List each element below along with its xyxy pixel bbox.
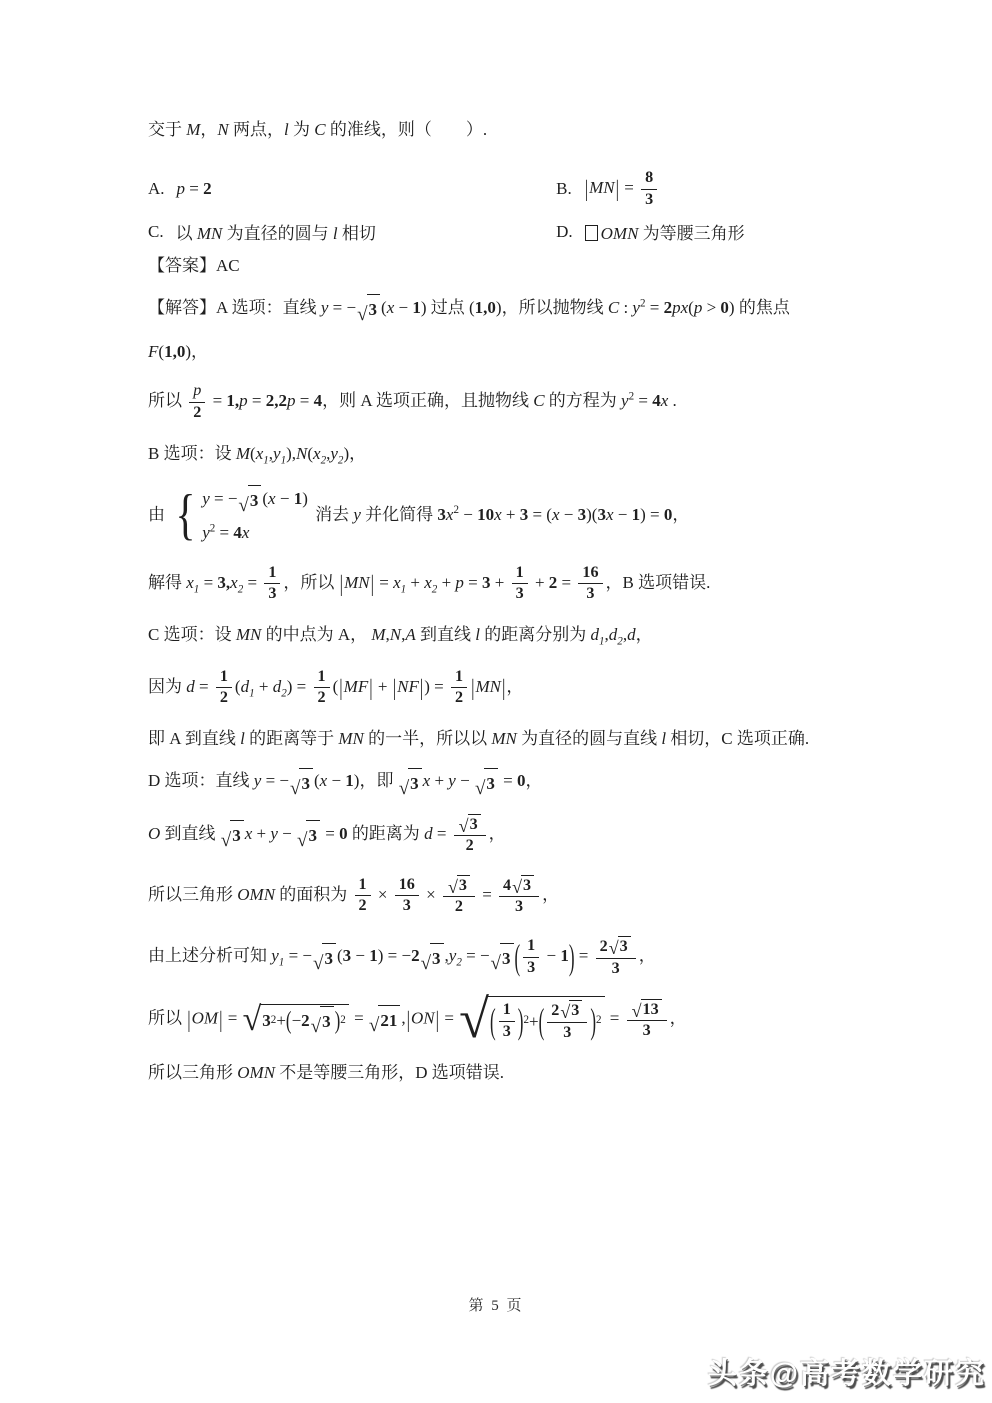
text-run: = — [606, 1009, 624, 1028]
text-run: = − — [284, 946, 312, 965]
text-run: ， — [525, 771, 542, 790]
radicand: 3 — [430, 943, 444, 972]
tall-paren: ) — [335, 1000, 341, 1041]
math-variable: MN — [475, 677, 501, 696]
text-run: = — [195, 677, 213, 696]
text-run: 【解答】A 选项：直线 — [148, 298, 321, 317]
text-run: = — [620, 178, 638, 197]
text-run: + — [406, 572, 424, 591]
text-run: 的距离为 — [348, 824, 425, 843]
fraction: 12 — [355, 876, 371, 916]
fraction: 2√33 — [596, 936, 636, 978]
abs-bar: | — [584, 176, 589, 203]
superscript: 2 — [340, 1012, 346, 1030]
sqrt: √13 — [632, 999, 662, 1020]
document-page: 交于 M，N 两点，l 为 C 的准线，则（ ）. A.p = 2B.|MN| … — [0, 0, 992, 1403]
math-number: 3 — [369, 296, 378, 323]
tall-paren: ) — [518, 993, 524, 1050]
math-variable: x — [424, 572, 432, 591]
solution-line: 由 {y = −√3(x − 1)y2 = 4x 消去 y 并化简得 3x2 −… — [148, 485, 864, 547]
math-number: 4 — [652, 391, 661, 410]
math-number: 3 — [459, 877, 467, 896]
radicand: 3 — [322, 943, 336, 972]
text-run: ， — [636, 625, 653, 644]
text-run: + — [276, 1007, 286, 1034]
text-run: ) = — [424, 677, 448, 696]
fraction-numerator: 2√3 — [596, 936, 636, 959]
text-run: . — [668, 391, 677, 410]
page-number: 第 5 页 — [0, 1294, 992, 1315]
math-variable: C — [314, 120, 325, 139]
math-number: 2 — [664, 298, 673, 317]
fraction-numerator: 16 — [395, 876, 419, 897]
solution-line: 【解答】A 选项：直线 y = −√3(x − 1) 过点 (1,0)，所以抛物… — [148, 294, 864, 324]
option-label: C. — [148, 222, 164, 242]
math-number: 3 — [232, 822, 241, 849]
math-number: 3 — [563, 1024, 571, 1043]
fraction-denominator: 3 — [268, 584, 276, 604]
text-run: 到直线 — [416, 625, 476, 644]
math-number: 3, — [217, 572, 230, 591]
math-variable: MN — [589, 178, 615, 197]
text-run: 到直线 — [160, 824, 220, 843]
math-variable: C — [608, 298, 619, 317]
math-number: 1,0 — [164, 342, 185, 361]
text-run: 所以 — [148, 391, 186, 410]
text-run: ， — [542, 885, 559, 904]
math-variable: ON — [411, 1009, 435, 1028]
fraction: 13 — [523, 937, 539, 977]
text-run: = − — [261, 771, 289, 790]
fraction: 83 — [641, 169, 657, 209]
sqrt: √3 — [459, 814, 481, 835]
math-variable: d — [591, 625, 600, 644]
sqrt: √3 — [421, 943, 444, 972]
abs-bar: | — [615, 176, 620, 203]
watermark: 头条@高考数学研究 — [708, 1351, 986, 1392]
math-number: 2 — [193, 404, 201, 423]
text-run: + — [437, 572, 455, 591]
missing-glyph-box — [585, 225, 598, 241]
solution-line: 所以 p2 = 1,p = 2,2p = 4，则 A 选项正确，且抛物线 C 的… — [148, 380, 864, 424]
math-number: 3 — [520, 504, 529, 523]
fraction-denominator: 3 — [645, 190, 653, 210]
fraction: 163 — [578, 564, 602, 604]
sqrt: √3 — [290, 768, 313, 797]
cases-system: {y = −√3(x − 1)y2 = 4x — [172, 485, 308, 547]
math-number: 3 — [482, 572, 491, 591]
text-run: ， — [672, 504, 689, 523]
abs-bar: | — [370, 565, 375, 602]
question-stem: 交于 M，N 两点，l 为 C 的准线，则（ ）. — [148, 116, 864, 143]
tall-paren: ) — [590, 993, 596, 1050]
abs-bar: | — [186, 1001, 191, 1038]
math-variable: x — [230, 572, 238, 591]
fraction-numerator: 4√3 — [499, 875, 539, 898]
math-variable: OMN — [601, 224, 639, 243]
text-run: − — [560, 504, 578, 523]
radicand: 3 — [230, 820, 244, 849]
solution-line: 所以 |OM| = √32 + (−2√3)2 = √21,|ON| = √(1… — [148, 995, 864, 1044]
text-run: 为 — [289, 120, 315, 139]
text-run: = — [646, 298, 664, 317]
radicand: 32 + (−2√3)2 — [260, 1004, 349, 1035]
math-number: 3 — [502, 945, 511, 972]
math-number: 1, — [226, 391, 239, 410]
math-variable: x — [313, 444, 321, 463]
math-number: 2 — [600, 938, 608, 957]
text-run: 由 — [148, 504, 169, 523]
tall-paren: ( — [286, 1000, 292, 1041]
option-text: 以 MN 为直径的圆与 l 相切 — [176, 219, 376, 244]
text-run: + — [491, 572, 509, 591]
math-number: 16 — [399, 876, 415, 895]
tall-paren: ( — [515, 929, 521, 986]
fraction: 12 — [216, 668, 232, 708]
text-run: 解得 — [148, 572, 186, 591]
text-run: ，所以 — [283, 572, 338, 591]
text-run: 所以 — [148, 1009, 186, 1028]
text-run: 为等腰三角形 — [638, 224, 744, 243]
text-run: ), — [286, 444, 296, 463]
answer-line: 【答案】AC — [148, 252, 864, 279]
text-run: = — [243, 572, 261, 591]
text-run: − — [394, 298, 412, 317]
text-run: 的准线，则（ ）. — [326, 120, 488, 139]
radicand: (13)2 + (2√33)2 — [488, 996, 605, 1044]
radicand: 13 — [641, 999, 662, 1020]
text-run: )，所以抛物线 — [496, 298, 608, 317]
fraction-numerator: 1 — [523, 937, 539, 958]
option-row: A.p = 2B.|MN| = 83 — [148, 167, 864, 211]
sqrt: √3 — [512, 875, 534, 896]
text-run: ，B 选项错误. — [606, 572, 711, 591]
text-run: 不是等腰三角形，D 选项错误. — [275, 1063, 504, 1082]
math-number: 3 — [486, 770, 495, 797]
text-run: 因为 — [148, 677, 186, 696]
math-number: 16 — [582, 564, 598, 583]
sqrt: √3 — [221, 820, 244, 849]
radicand: 3 — [299, 768, 313, 797]
text-run: + — [502, 504, 520, 523]
sqrt: √32 + (−2√3)2 — [243, 1004, 349, 1035]
text-run: = — [575, 946, 593, 965]
text-run: = — [375, 572, 393, 591]
math-number: 1 — [345, 771, 354, 790]
fraction-numerator: 1 — [355, 876, 371, 897]
abs-bar: | — [338, 669, 343, 706]
fraction: 163 — [395, 876, 419, 916]
radicand: 3 — [408, 768, 422, 797]
text-run: = — [215, 523, 233, 542]
math-number: 2,2 — [266, 391, 287, 410]
text-run: 的一半，所以以 — [364, 729, 492, 748]
text-run: + — [252, 824, 270, 843]
fraction: 12 — [451, 668, 467, 708]
abs-bar: | — [419, 669, 424, 706]
fraction-numerator: 1 — [264, 564, 280, 585]
text-run: 消去 — [311, 504, 354, 523]
options-section: A.p = 2B.|MN| = 83C.以 MN 为直径的圆与 l 相切D.OM… — [148, 167, 864, 244]
math-number: 13 — [643, 1001, 659, 1020]
radicand: 3 — [521, 875, 534, 896]
fraction-denominator: 2 — [455, 688, 463, 708]
math-number: 10 — [477, 504, 494, 523]
text-run: = − — [210, 489, 238, 508]
math-number: 3 — [308, 822, 317, 849]
text-run: > — [702, 298, 720, 317]
math-variable: x — [186, 572, 194, 591]
math-variable: MN — [338, 729, 364, 748]
solution-line: 因为 d = 12(d1 + d2) = 12(|MF| + |NF|) = 1… — [148, 666, 864, 710]
text-run: 交于 — [148, 120, 186, 139]
math-number: 1 — [503, 1001, 511, 1020]
math-number: 2 — [359, 897, 367, 916]
tall-paren: ( — [490, 993, 496, 1050]
text-run: × — [374, 885, 392, 904]
text-run: 的距离分别为 — [480, 625, 591, 644]
math-variable: F — [148, 342, 158, 361]
abs-bar: | — [406, 1001, 411, 1038]
math-number: 3 — [516, 585, 524, 604]
math-variable: A — [405, 625, 415, 644]
sqrt: √3 — [475, 768, 498, 797]
math-number: 3 — [268, 585, 276, 604]
solution-line: C 选项：设 MN 的中点为 A， M,N,A 到直线 l 的距离分别为 d1,… — [148, 621, 864, 651]
radicand: 21 — [378, 1005, 400, 1034]
text-run: 【答案】AC — [148, 256, 240, 275]
text-run: ) 的焦点 — [729, 298, 790, 317]
fraction-denominator: 2 — [455, 897, 463, 917]
text-run: 即 A 到直线 — [148, 729, 240, 748]
text-run: ， — [670, 1009, 687, 1028]
math-number: 3 — [322, 1008, 331, 1035]
math-number: 2 — [466, 837, 474, 856]
math-number: 1 — [560, 946, 569, 965]
text-run: 两点， — [229, 120, 284, 139]
fraction: p2 — [189, 382, 205, 422]
math-number: 0 — [339, 824, 348, 843]
text-run: = — [321, 824, 339, 843]
math-variable: y — [330, 444, 338, 463]
math-variable: px — [672, 298, 688, 317]
cases-rows: y = −√3(x − 1)y2 = 4x — [202, 485, 308, 547]
fraction-denominator: 3 — [586, 584, 594, 604]
fraction: 4√33 — [499, 875, 539, 917]
fraction: 12 — [314, 668, 330, 708]
text-run: = — [248, 391, 266, 410]
text-run: = — [350, 1009, 368, 1028]
document-body: 交于 M，N 两点，l 为 C 的准线，则（ ）. A.p = 2B.|MN| … — [148, 116, 864, 1101]
math-number: 3 — [432, 945, 441, 972]
math-number: 3 — [410, 770, 419, 797]
text-run: = — [433, 824, 451, 843]
math-number: 3 — [250, 487, 259, 514]
math-variable: p — [193, 382, 201, 401]
text-run: ) = — [287, 677, 311, 696]
radicand: 3 — [500, 943, 514, 972]
fraction-numerator: √3 — [443, 875, 475, 898]
text-run: = — [296, 391, 314, 410]
option-label: D. — [556, 222, 573, 242]
radicand: 3 — [618, 936, 631, 957]
fraction-numerator: 1 — [499, 1001, 515, 1022]
fraction-denominator: 3 — [515, 897, 523, 917]
math-variable: d — [241, 677, 250, 696]
math-number: 2 — [220, 689, 228, 708]
fraction: 13 — [512, 564, 528, 604]
cases-row: y2 = 4x — [202, 519, 308, 546]
sqrt: √3 — [238, 485, 261, 514]
text-run: − — [278, 824, 296, 843]
math-variable: x — [552, 504, 560, 523]
math-number: 1 — [455, 668, 463, 687]
math-variable: M — [371, 625, 385, 644]
math-number: 2 — [411, 946, 420, 965]
math-variable: x — [494, 504, 502, 523]
abs-bar: | — [368, 669, 373, 706]
math-variable: OMN — [237, 885, 275, 904]
text-run: ) 过点 ( — [421, 298, 475, 317]
fraction: 2√33 — [547, 1000, 587, 1042]
sqrt: √3 — [357, 294, 380, 323]
math-number: 4 — [314, 391, 323, 410]
left-brace: { — [176, 492, 196, 540]
fraction: 13 — [264, 564, 280, 604]
text-run: + — [255, 677, 273, 696]
math-number: 3 — [343, 946, 352, 965]
radicand: 3 — [468, 814, 481, 835]
text-run: ， — [639, 946, 656, 965]
text-run: )，即 — [354, 771, 398, 790]
math-variable: y — [271, 946, 279, 965]
text-run: ， — [200, 120, 217, 139]
option-d: D.OMN 为等腰三角形 — [556, 219, 864, 244]
radical-sign: √ — [243, 1005, 262, 1036]
text-run: + — [531, 572, 549, 591]
fraction-numerator: 1 — [451, 668, 467, 689]
option-label: A. — [148, 179, 165, 199]
math-number: 3 — [571, 1002, 579, 1021]
abs-bar: | — [392, 669, 397, 706]
math-variable: d — [424, 824, 433, 843]
text-run: − — [459, 504, 477, 523]
fraction-numerator: p — [189, 382, 205, 403]
math-number: 3 — [403, 897, 411, 916]
math-number: 1 — [632, 504, 641, 523]
superscript: 2 — [596, 1012, 602, 1030]
math-variable: N — [217, 120, 228, 139]
radicand: 3 — [457, 875, 470, 896]
solution-line: 所以三角形 OMN 不是等腰三角形，D 选项错误. — [148, 1059, 864, 1086]
text-run: = — [224, 1009, 242, 1028]
text-run: ) = — [640, 504, 664, 523]
text-run: = — [440, 1009, 458, 1028]
sqrt: √3 — [560, 1000, 582, 1021]
fraction-numerator: 16 — [578, 564, 602, 585]
math-variable: M — [186, 120, 200, 139]
math-variable: y — [202, 523, 210, 542]
text-run: = ( — [528, 504, 552, 523]
solution-section: 【解答】A 选项：直线 y = −√3(x − 1) 过点 (1,0)，所以抛物… — [148, 294, 864, 1087]
text-run: 由上述分析可知 — [148, 946, 271, 965]
abs-bar: | — [339, 565, 344, 602]
text-run: ) — [302, 489, 308, 508]
option-text: OMN 为等腰三角形 — [585, 219, 745, 244]
fraction-denominator: 2 — [318, 688, 326, 708]
math-number: 1 — [294, 489, 303, 508]
math-variable: M — [236, 444, 250, 463]
math-number: 0 — [720, 298, 729, 317]
fraction-denominator: 2 — [359, 896, 367, 916]
math-number: 8 — [645, 169, 653, 188]
fraction-numerator: 2√3 — [547, 1000, 587, 1023]
text-run: × — [422, 885, 440, 904]
math-variable: MN — [236, 625, 262, 644]
math-number: 2 — [549, 572, 558, 591]
fraction-denominator: 3 — [403, 896, 411, 916]
text-run: = — [478, 885, 496, 904]
text-run: B 选项：设 — [148, 444, 236, 463]
text-run: = — [634, 391, 652, 410]
text-run: = — [464, 572, 482, 591]
math-number: 3 — [262, 1007, 271, 1034]
text-run: − — [351, 946, 369, 965]
math-variable: y — [621, 391, 629, 410]
text-run: )( — [586, 504, 597, 523]
text-run: 所以三角形 — [148, 885, 237, 904]
sqrt: √3 — [399, 768, 422, 797]
radical-sign: √ — [459, 995, 489, 1044]
text-run: )， — [185, 342, 208, 361]
math-variable: NF — [397, 677, 419, 696]
text-run: ，则 A 选项正确，且抛物线 — [322, 391, 533, 410]
math-number: 2 — [455, 898, 463, 917]
fraction-denominator: 3 — [503, 1022, 511, 1042]
radicand: 3 — [306, 820, 320, 849]
math-variable: y — [273, 444, 281, 463]
fraction-numerator: 1 — [314, 668, 330, 689]
math-number: 1 — [359, 876, 367, 895]
radicand: 3 — [248, 485, 262, 514]
math-variable: y — [632, 298, 640, 317]
math-variable: x — [268, 489, 276, 508]
option-row: C.以 MN 为直径的圆与 l 相切D.OMN 为等腰三角形 — [148, 219, 864, 244]
math-number: 3 — [437, 504, 446, 523]
math-variable: O — [148, 824, 160, 843]
fraction-denominator: 2 — [220, 688, 228, 708]
text-run: 所以三角形 — [148, 1063, 237, 1082]
text-run: − — [276, 489, 294, 508]
text-run: : — [619, 298, 632, 317]
math-variable: d — [186, 677, 195, 696]
text-run: 相切 — [338, 224, 376, 243]
math-variable: MN — [491, 729, 517, 748]
math-number: 3 — [470, 816, 478, 835]
abs-bar: | — [435, 1001, 440, 1038]
text-run: = — [499, 771, 517, 790]
text-run: = − — [328, 298, 356, 317]
solution-line: 所以三角形 OMN 的面积为 12 × 163 × √32 = 4√33， — [148, 873, 864, 919]
math-variable: MF — [344, 677, 369, 696]
text-run: 并化简得 — [361, 504, 438, 523]
sqrt: √21 — [369, 1005, 400, 1034]
math-number: 3 — [503, 1023, 511, 1042]
sqrt: √(13)2 + (2√33)2 — [459, 995, 604, 1044]
option-text: p = 2 — [177, 179, 212, 199]
fraction: 13 — [499, 1001, 515, 1041]
math-variable: C — [533, 391, 544, 410]
